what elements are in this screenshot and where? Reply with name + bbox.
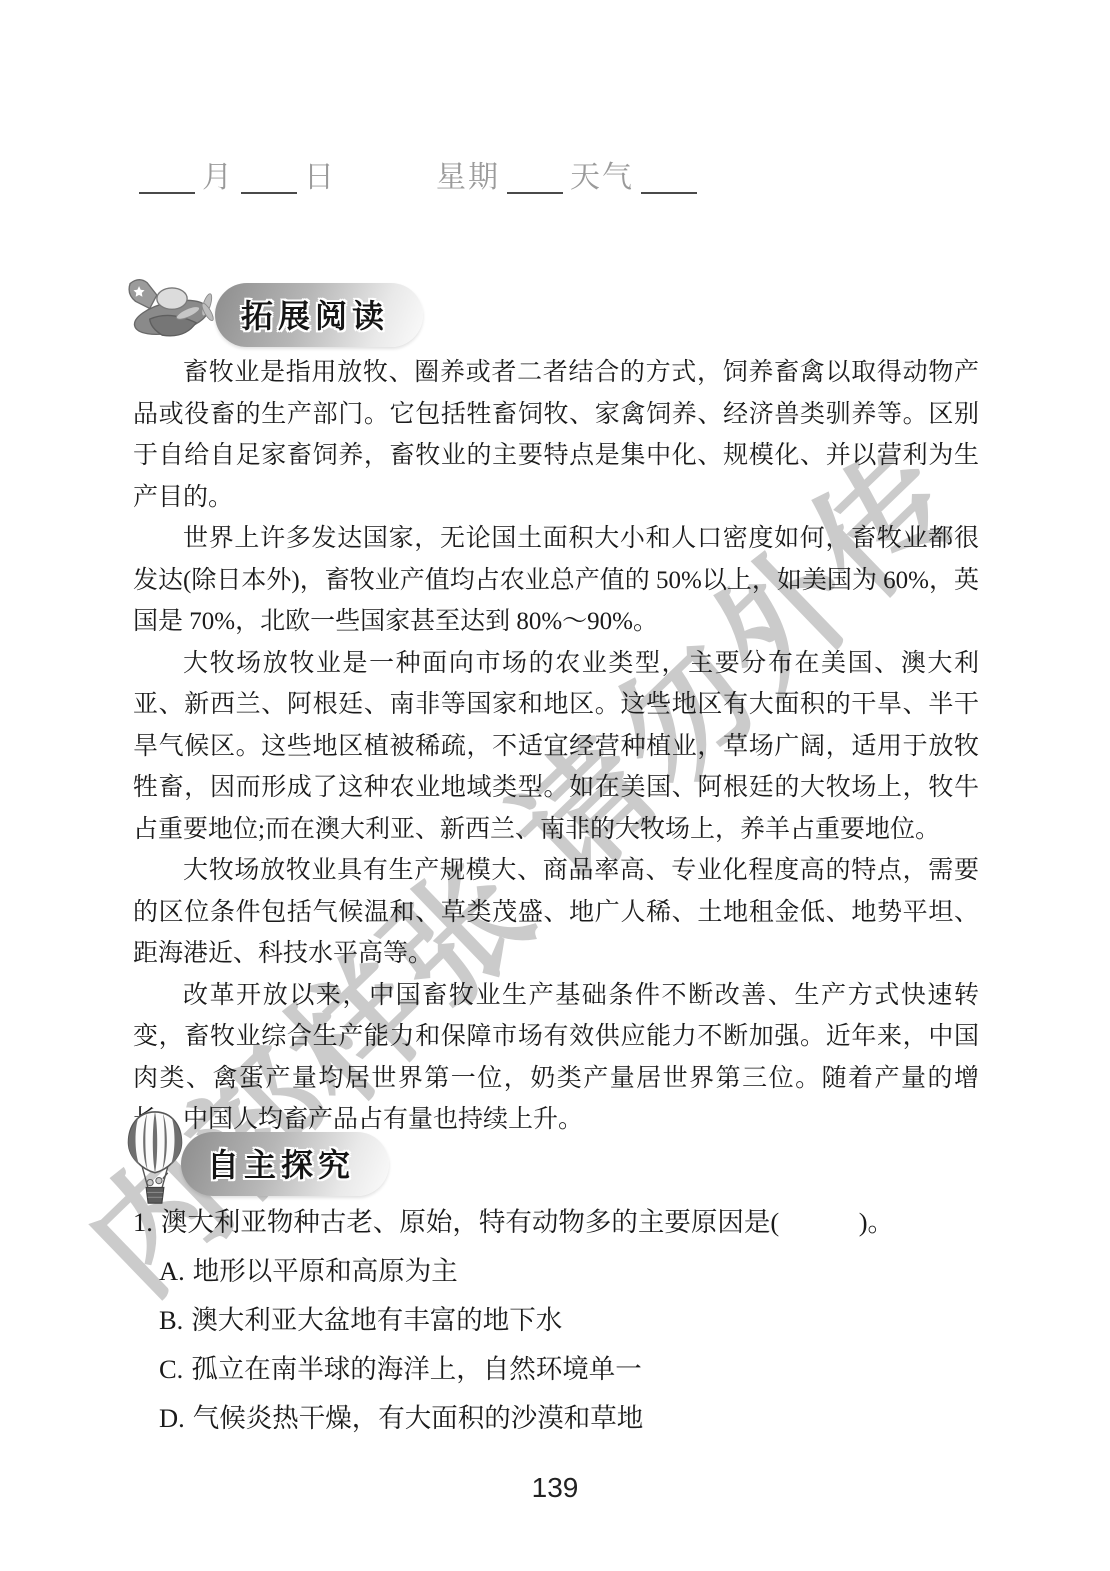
option-a-text: 地形以平原和高原为主 (193, 1256, 458, 1286)
hot-air-balloon-icon (123, 1110, 187, 1217)
option-a-label: A. (159, 1256, 185, 1286)
week-blank (507, 156, 563, 194)
option-a: A.地形以平原和高原为主 (159, 1247, 995, 1296)
option-d: D.气候炎热干燥，有大面积的沙漠和草地 (159, 1394, 995, 1443)
reading-section-title: 拓展阅读 (241, 298, 389, 334)
date-line: 月 日 星期 天气 (132, 150, 704, 194)
weather-label: 天气 (570, 161, 634, 194)
weather-blank (641, 156, 697, 194)
options-list: A.地形以平原和高原为主 B.澳大利亚大盆地有丰富的地下水 C.孤立在南半球的海… (133, 1247, 995, 1443)
option-d-text: 气候炎热干燥，有大面积的沙漠和草地 (193, 1403, 644, 1433)
day-label: 日 (304, 161, 336, 194)
explore-section-title: 自主探究 (207, 1147, 355, 1183)
option-d-label: D. (159, 1403, 185, 1433)
workbook-page: 内部样张 请勿外传 月 日 星期 天气 拓展阅读 (0, 0, 1110, 1571)
reading-paragraph: 大牧场放牧业是一种面向市场的农业类型，主要分布在美国、澳大利亚、新西兰、阿根廷、… (133, 643, 979, 851)
option-b: B.澳大利亚大盆地有丰富的地下水 (159, 1296, 995, 1345)
reading-paragraph: 世界上许多发达国家，无论国土面积大小和人口密度如何，畜牧业都很发达(除日本外)，… (133, 518, 979, 643)
reading-paragraph: 大牧场放牧业具有生产规模大、商品率高、专业化程度高的特点，需要的区位条件包括气候… (133, 850, 979, 975)
explore-badge-pill: 自主探究 (181, 1132, 389, 1196)
option-c-label: C. (159, 1354, 183, 1384)
month-blank (139, 156, 195, 194)
option-b-text: 澳大利亚大盆地有丰富的地下水 (191, 1305, 562, 1335)
page-number: 139 (0, 1472, 1110, 1504)
airplane-icon (123, 270, 221, 359)
reading-paragraph: 畜牧业是指用放牧、圈养或者二者结合的方式，饲养畜禽以取得动物产品或役畜的生产部门… (133, 352, 979, 518)
day-blank (241, 156, 297, 194)
option-c: C.孤立在南半球的海洋上，自然环境单一 (159, 1345, 995, 1394)
reading-section-header: 拓展阅读 (123, 270, 423, 359)
month-label: 月 (202, 161, 234, 194)
explore-section-header: 自主探究 (123, 1110, 389, 1217)
question-block: 1.澳大利亚物种古老、原始，特有动物多的主要原因是( )。 A.地形以平原和高原… (133, 1198, 995, 1443)
week-label: 星期 (436, 161, 500, 194)
reading-text-block: 畜牧业是指用放牧、圈养或者二者结合的方式，饲养畜禽以取得动物产品或役畜的生产部门… (133, 352, 979, 1141)
option-b-label: B. (159, 1305, 183, 1335)
option-c-text: 孤立在南半球的海洋上，自然环境单一 (191, 1354, 642, 1384)
reading-badge-pill: 拓展阅读 (215, 283, 423, 347)
